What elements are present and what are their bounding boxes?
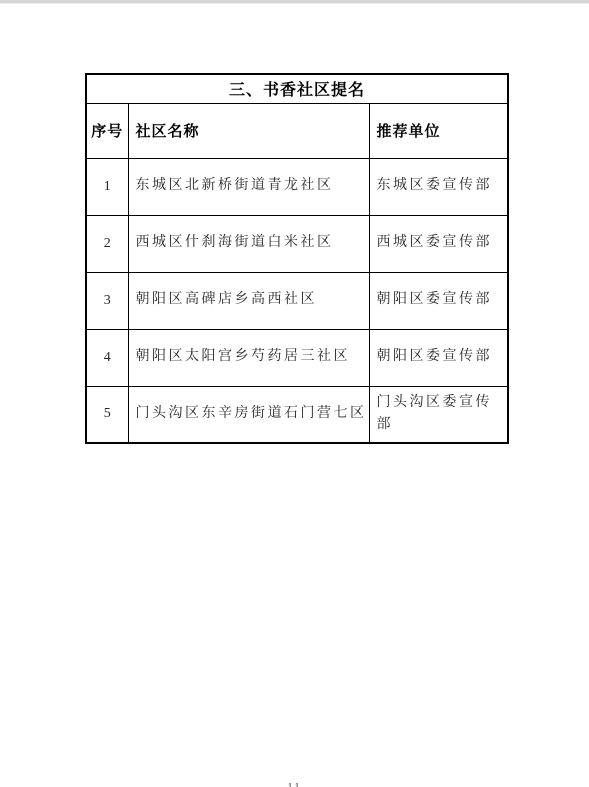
row-no: 5 [86, 386, 128, 443]
table-row: 4 朝阳区太阳宫乡芍药居三社区 朝阳区委宣传部 [86, 329, 508, 386]
row-no: 2 [86, 215, 128, 272]
table-row: 1 东城区北新桥街道青龙社区 东城区委宣传部 [86, 158, 508, 215]
col-header-no: 序号 [86, 103, 128, 158]
document-page: { "table": { "title": "三、书香社区提名", "colum… [0, 0, 589, 787]
table-row: 3 朝阳区高碑店乡高西社区 朝阳区委宣传部 [86, 272, 508, 329]
row-community: 朝阳区高碑店乡高西社区 [128, 272, 369, 329]
table-header-row: 序号 社区名称 推荐单位 [86, 103, 508, 158]
row-no: 4 [86, 329, 128, 386]
row-no: 3 [86, 272, 128, 329]
table-row: 5 门头沟区东辛房街道石门营七区 门头沟区委宣传部 [86, 386, 508, 443]
window-top-edge [0, 0, 589, 4]
row-community: 朝阳区太阳宫乡芍药居三社区 [128, 329, 369, 386]
row-community: 东城区北新桥街道青龙社区 [128, 158, 369, 215]
row-recommender: 朝阳区委宣传部 [369, 272, 508, 329]
col-header-recommender: 推荐单位 [369, 103, 508, 158]
row-recommender: 西城区委宣传部 [369, 215, 508, 272]
col-header-community: 社区名称 [128, 103, 369, 158]
table-row: 2 西城区什刹海街道白米社区 西城区委宣传部 [86, 215, 508, 272]
row-no: 1 [86, 158, 128, 215]
row-recommender: 门头沟区委宣传部 [369, 386, 508, 443]
row-community: 西城区什刹海街道白米社区 [128, 215, 369, 272]
nomination-table: 三、书香社区提名 序号 社区名称 推荐单位 1 东城区北新桥街道青龙社区 东城区… [85, 73, 509, 444]
table-title: 三、书香社区提名 [86, 74, 508, 103]
row-recommender: 东城区委宣传部 [369, 158, 508, 215]
page-number: 11 [287, 781, 302, 787]
row-recommender: 朝阳区委宣传部 [369, 329, 508, 386]
table-title-row: 三、书香社区提名 [86, 74, 508, 103]
row-community: 门头沟区东辛房街道石门营七区 [128, 386, 369, 443]
